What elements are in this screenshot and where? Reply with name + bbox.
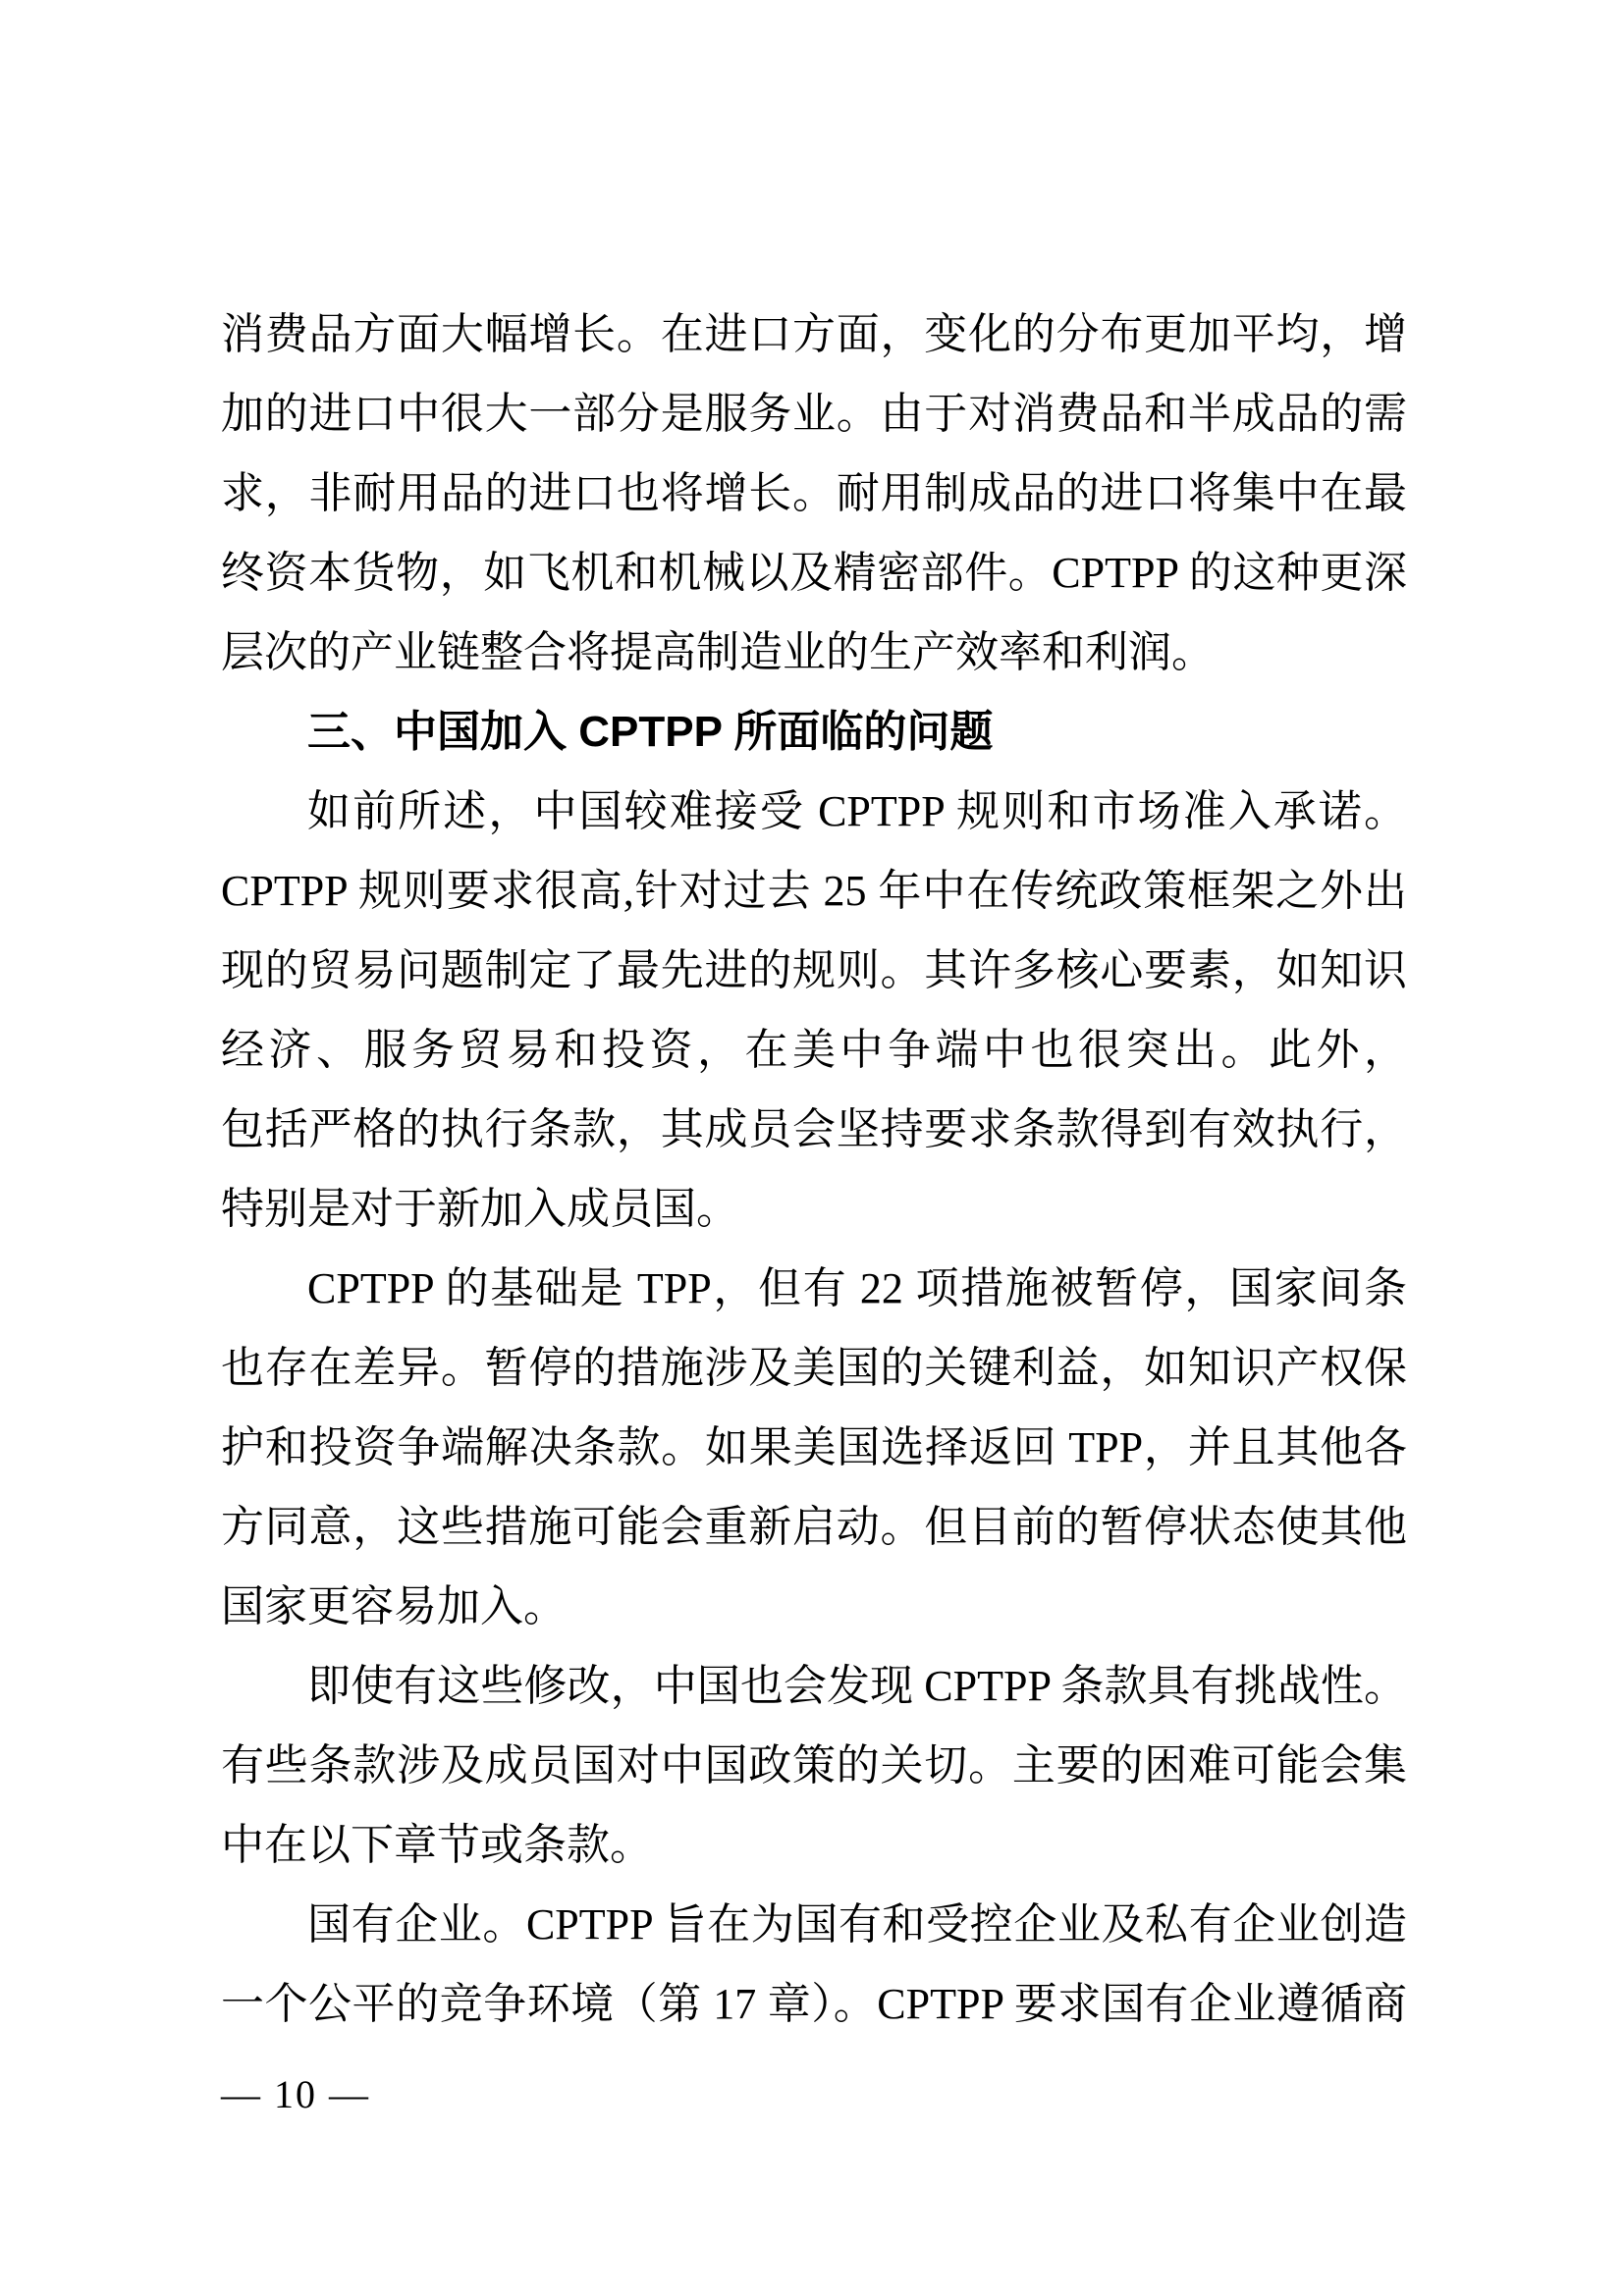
text-line: CPTPP 规则要求很高,针对过去 25 年中在传统政策框架之外出: [221, 851, 1407, 931]
page-number: — 10 —: [221, 2073, 370, 2116]
body-text: 消费品方面大幅增长。在进口方面，变化的分布更加平均，增 加的进口中很大一部分是服…: [221, 294, 1407, 2044]
text-line: 也存在差异。暂停的措施涉及美国的关键利益，如知识产权保: [221, 1328, 1407, 1408]
text-line: 特别是对于新加入成员国。: [221, 1169, 1407, 1249]
document-page: 消费品方面大幅增长。在进口方面，变化的分布更加平均，增 加的进口中很大一部分是服…: [0, 0, 1624, 2296]
text-line: 护和投资争端解决条款。如果美国选择返回 TPP，并且其他各: [221, 1408, 1407, 1487]
text-line: 终资本货物，如飞机和机械以及精密部件。CPTPP 的这种更深: [221, 533, 1407, 613]
text-line: 消费品方面大幅增长。在进口方面，变化的分布更加平均，增: [221, 294, 1407, 374]
section-heading: 三、中国加入 CPTPP 所面临的问题: [221, 692, 1407, 772]
text-line: CPTPP 的基础是 TPP，但有 22 项措施被暂停，国家间条款: [221, 1249, 1407, 1328]
text-line: 国有企业。CPTPP 旨在为国有和受控企业及私有企业创造: [221, 1885, 1407, 1964]
text-line: 如前所述，中国较难接受 CPTPP 规则和市场准入承诺。: [221, 772, 1407, 851]
text-line: 中在以下章节或条款。: [221, 1805, 1407, 1885]
text-line: 层次的产业链整合将提高制造业的生产效率和利润。: [221, 613, 1407, 692]
text-line: 求，非耐用品的进口也将增长。耐用制成品的进口将集中在最: [221, 454, 1407, 533]
text-line: 现的贸易问题制定了最先进的规则。其许多核心要素，如知识: [221, 931, 1407, 1010]
text-line: 有些条款涉及成员国对中国政策的关切。主要的困难可能会集: [221, 1726, 1407, 1805]
text-line: 加的进口中很大一部分是服务业。由于对消费品和半成品的需: [221, 374, 1407, 454]
text-line: 经济、服务贸易和投资，在美中争端中也很突出。此外，CPTPP: [221, 1010, 1407, 1090]
text-line: 即使有这些修改，中国也会发现 CPTPP 条款具有挑战性。: [221, 1646, 1407, 1726]
text-line: 一个公平的竞争环境（第 17 章）。CPTPP 要求国有企业遵循商: [221, 1964, 1407, 2044]
text-line: 国家更容易加入。: [221, 1567, 1407, 1646]
text-line: 包括严格的执行条款，其成员会坚持要求条款得到有效执行，: [221, 1090, 1407, 1169]
text-line: 方同意，这些措施可能会重新启动。但目前的暂停状态使其他: [221, 1487, 1407, 1567]
